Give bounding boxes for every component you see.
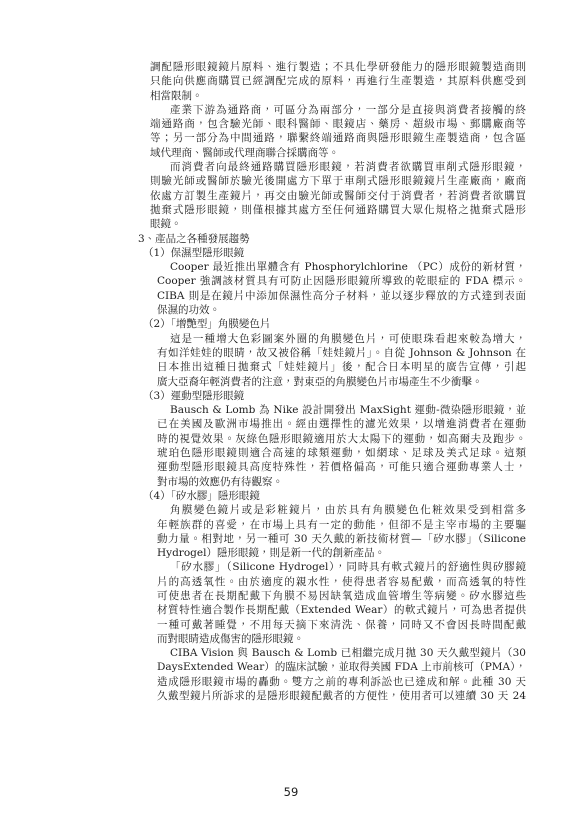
text-line: 久戴型鏡片所訴求的是隱形眼鏡配戴者的方便性，使用者可以連續 30 天 24 [157,689,526,703]
section-heading: 3、產品之各種發展趨勢 [138,232,526,246]
text-line: 相當限制。 [150,89,526,103]
text-line: 而消費者向最終通路購買隱形眼鏡，若消費者欲購買車削式隱形眼鏡， [150,160,526,174]
section-heading: （3）運動型隱形眼鏡 [143,389,526,403]
heading-text: （3）運動型隱形眼鏡 [143,389,526,403]
text-line: 調配隱形眼鏡鏡片原料、進行製造；不具化學研發能力的隱形眼鏡製造商則 [150,60,526,74]
text-line: 已在美國及歐洲市場推出。經由選擇性的濾光效果，以增進消費者在運動 [157,417,526,431]
text-line: 端通路商，包含驗光師、眼科醫師、眼鏡店、藥房、超級市場、郵購廠商等 [150,117,526,131]
heading-text: （2）「增艷型」角膜變色片 [143,317,526,331]
text-line: 等；另一部分為中間通路，聯繫終端通路商與隱形眼鏡生產製造商，包含區 [150,131,526,145]
text-line: Hydrogel）隱形眼鏡，則是新一代的創新產品。 [157,546,526,560]
heading-text: （4）「矽水膠」隱形眼鏡 [143,489,526,503]
paragraph: 而消費者向最終通路購買隱形眼鏡，若消費者欲購買車削式隱形眼鏡，則驗光師或醫師於驗… [150,160,526,231]
paragraph: 調配隱形眼鏡鏡片原料、進行製造；不具化學研發能力的隱形眼鏡製造商則只能向供應商購… [150,60,526,103]
document-page: 調配隱形眼鏡鏡片原料、進行製造；不具化學研發能力的隱形眼鏡製造商則只能向供應商購… [0,0,582,826]
paragraph: CIBA Vision 與 Bausch & Lomb 已相繼完成月拋 30 天… [157,646,526,703]
text-line: Bausch & Lomb 為 Nike 設計開發出 MaxSight 運動-微… [157,403,526,417]
text-line: DaysExtended Wear）的臨床試驗，並取得美國 FDA 上市前核可（… [157,660,526,674]
text-line: 眼鏡。 [150,217,526,231]
paragraph: 角膜變色鏡片或是彩粧鏡片，由於具有角膜變色化粧效果受到相當多年輕族群的喜愛，在市… [157,503,526,560]
text-line: 片的高透氧性。由於適度的親水性，使得患者容易配戴，而高透氧的特性 [157,575,526,589]
text-line: 有如洋娃娃的眼睛，故又被俗稱「娃娃鏡片」。自從 Johnson & Johnso… [157,346,526,360]
text-line: 「矽水膠」（Silicone Hydrogel），同時具有軟式鏡片的舒適性與矽膠… [157,560,526,574]
text-line: 一種可戴著睡覺，不用每天摘下來清洗、保養，同時又不會因長時間配戴 [157,618,526,632]
text-line: 動力量。相對地，另一種可 30 天久戴的新技術材質—「矽水膠」（Silicone [157,532,526,546]
text-line: 只能向供應商購買已經調配完成的原料，再進行生產製造，其原料供應受到 [150,74,526,88]
paragraph: 這是一種增大色彩圖案外圈的角膜變色片，可使眼珠看起來較為增大，有如洋娃娃的眼睛，… [157,332,526,389]
paragraph: Bausch & Lomb 為 Nike 設計開發出 MaxSight 運動-微… [157,403,526,489]
text-line: 則驗光師或醫師於驗光後開處方下單于車削式隱形眼鏡鏡片生產廠商，廠商 [150,174,526,188]
text-line: 保濕的功效。 [157,303,526,317]
text-line: 材質特性適合製作長期配戴（Extended Wear）的軟式鏡片，可為患者提供 [157,603,526,617]
heading-text: （1）保濕型隱形眼鏡 [143,246,526,260]
section-heading: （2）「增艷型」角膜變色片 [143,317,526,331]
paragraph: 「矽水膠」（Silicone Hydrogel），同時具有軟式鏡片的舒適性與矽膠… [157,560,526,646]
heading-text: 3、產品之各種發展趨勢 [138,232,526,246]
text-line: 拋棄式隱形眼鏡，則僅根據其處方至任何通路購買大眾化規格之拋棄式隱形 [150,203,526,217]
text-line: Cooper 最近推出單體含有 Phosphorylchlorine （PC）成… [157,260,526,274]
paragraph: Cooper 最近推出單體含有 Phosphorylchlorine （PC）成… [157,260,526,317]
paragraph: 產業下游為通路商，可區分為兩部分，一部分是直接與消費者接觸的終端通路商，包含驗光… [150,103,526,160]
text-line: 對市場的效應仍有待觀察。 [157,475,526,489]
document-body: 調配隱形眼鏡鏡片原料、進行製造；不具化學研發能力的隱形眼鏡製造商則只能向供應商購… [138,60,526,703]
text-line: 依處方訂製生產鏡片，再交由驗光師或醫師交付于消費者，若消費者欲購買 [150,189,526,203]
section-heading: （4）「矽水膠」隱形眼鏡 [143,489,526,503]
text-line: Cooper 強調該材質具有可防止因隱形眼鏡所導致的乾眼症的 FDA 標示。 [157,274,526,288]
text-line: 廣大亞裔年輕消費者的注意，對東亞的角膜變色片市場產生不少衝擊。 [157,375,526,389]
text-line: CIBA Vision 與 Bausch & Lomb 已相繼完成月拋 30 天… [157,646,526,660]
text-line: 這是一種增大色彩圖案外圈的角膜變色片，可使眼珠看起來較為增大， [157,332,526,346]
text-line: 運動型隱形眼鏡具高度特殊性，若價格偏高，可能只適合運動專業人士， [157,460,526,474]
text-line: 域代理商、醫師或代理商聯合採購商等。 [150,146,526,160]
section-heading: （1）保濕型隱形眼鏡 [143,246,526,260]
page-number: 59 [0,785,582,799]
text-line: 角膜變色鏡片或是彩粧鏡片，由於具有角膜變色化粧效果受到相當多 [157,503,526,517]
text-line: 年輕族群的喜愛，在市場上具有一定的動能，但卻不是主宰市場的主要驅 [157,518,526,532]
text-line: 日本推出這種日拋棄式「娃娃鏡片」後，配合日本明星的廣告宣傳，引起 [157,360,526,374]
text-line: 可使患者在長期配戴下角膜不易因缺氧造成血管增生等病變。矽水膠這些 [157,589,526,603]
text-line: 而對眼睛造成傷害的隱形眼鏡。 [157,632,526,646]
text-line: 產業下游為通路商，可區分為兩部分，一部分是直接與消費者接觸的終 [150,103,526,117]
text-line: 造成隱形眼鏡市場的轟動。雙方之前的專利訴訟也已達成和解。此種 30 天 [157,675,526,689]
text-line: 琥珀色隱形眼鏡則適合高速的球類運動，如網球、足球及美式足球。這類 [157,446,526,460]
text-line: 時的視覺效果。灰綠色隱形眼鏡適用於大太陽下的運動，如高爾夫及跑步。 [157,432,526,446]
text-line: CIBA 則是在鏡片中添加保濕性高分子材料，並以逐步釋放的方式達到表面 [157,289,526,303]
